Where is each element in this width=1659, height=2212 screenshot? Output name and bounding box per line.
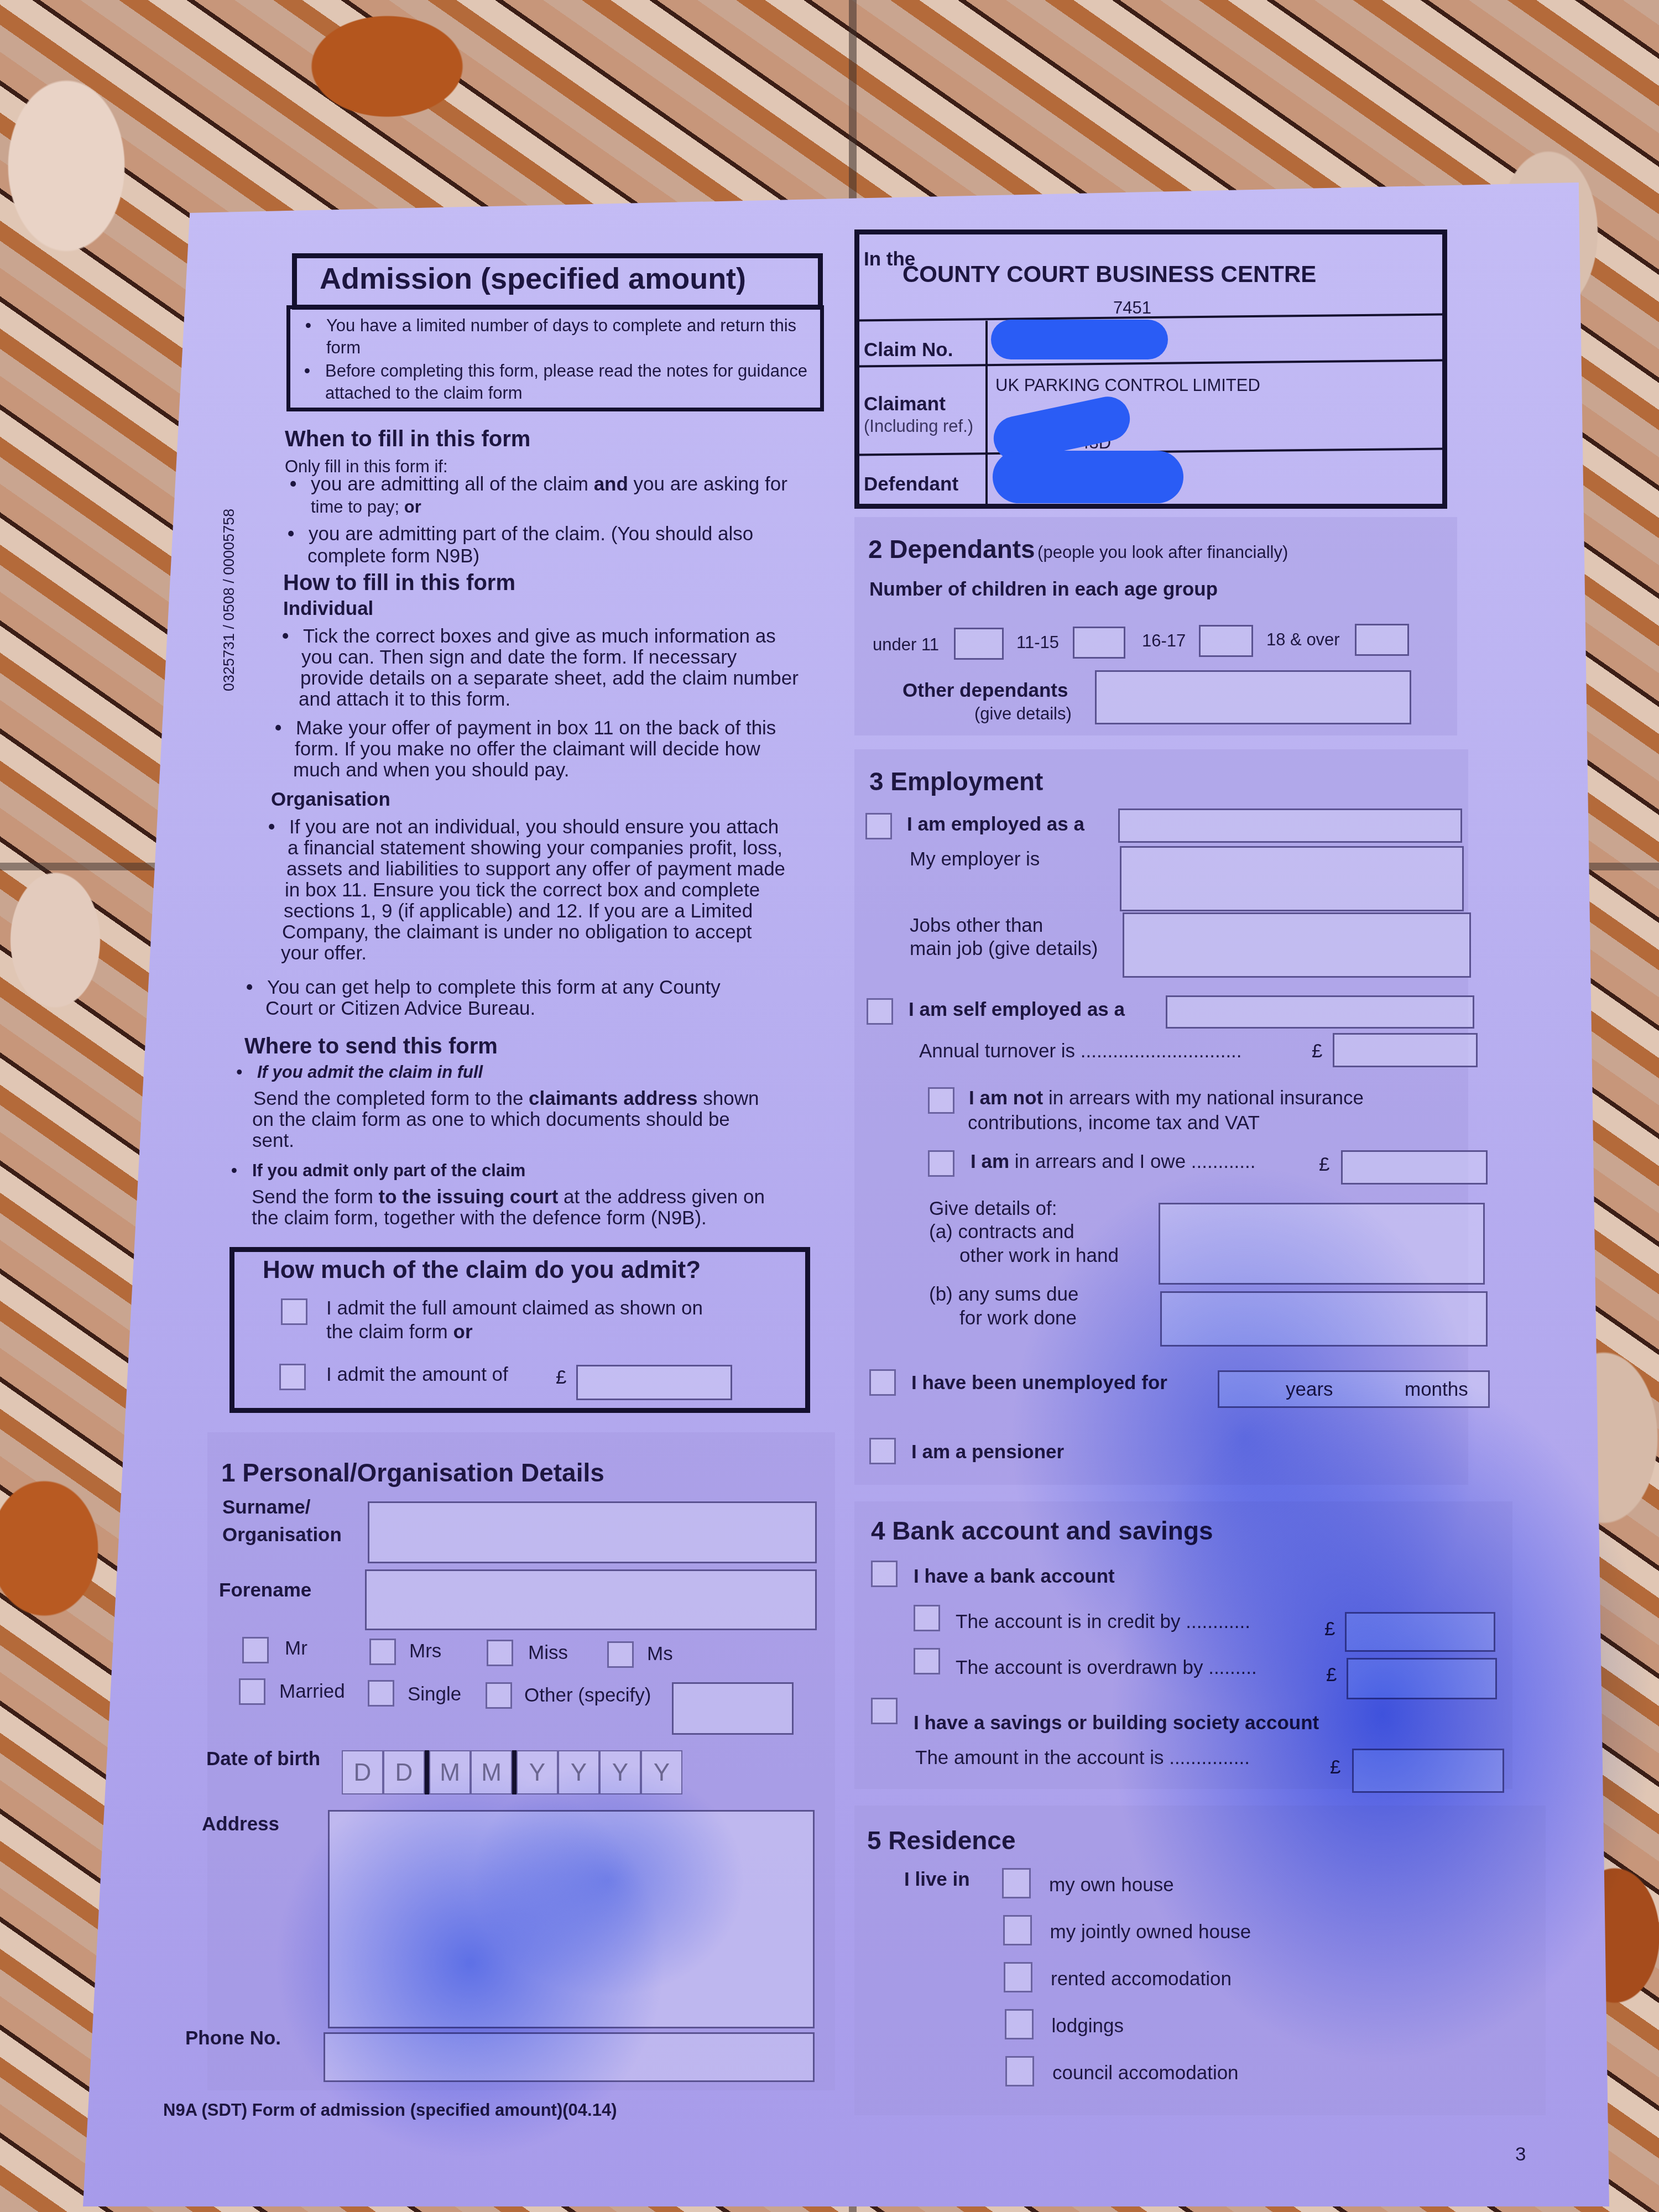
- pound-sign: £: [556, 1366, 566, 1390]
- claimant-value: UK PARKING CONTROL LIMITED: [995, 375, 1260, 396]
- age-11-15-input[interactable]: [1073, 627, 1125, 659]
- guidance-text: form. If you make no offer the claimant …: [295, 738, 760, 761]
- in-credit-input[interactable]: [1345, 1612, 1495, 1652]
- side-code: 0325731 / 0508 / 00005758: [220, 509, 238, 691]
- claimant-sublabel: (Including ref.): [864, 416, 973, 437]
- admit-full-label: the claim form or: [326, 1321, 473, 1344]
- title-miss-checkbox[interactable]: [487, 1640, 513, 1666]
- notice-text: form: [326, 337, 361, 358]
- self-employed-checkbox[interactable]: [867, 998, 893, 1025]
- employed-as-input[interactable]: [1118, 808, 1462, 843]
- when-heading: When to fill in this form: [285, 426, 530, 453]
- unemployed-checkbox[interactable]: [869, 1369, 896, 1396]
- title-mrs-label: Mrs: [409, 1640, 441, 1663]
- employer-input[interactable]: [1120, 846, 1464, 911]
- age-16-17-input[interactable]: [1199, 625, 1253, 657]
- title-miss-label: Miss: [528, 1641, 568, 1665]
- admit-full-label: I admit the full amount claimed as shown…: [326, 1297, 703, 1321]
- age-18-over-input[interactable]: [1355, 624, 1409, 656]
- other-jobs-label: Jobs other than: [910, 914, 1043, 938]
- in-credit-checkbox[interactable]: [914, 1605, 940, 1631]
- pound-sign: £: [1326, 1663, 1337, 1687]
- forename-input[interactable]: [365, 1569, 817, 1630]
- other-dependants-sublabel: (give details): [974, 703, 1072, 724]
- other-jobs-label: main job (give details): [910, 937, 1098, 961]
- arrears-label: I am in arrears and I owe ............: [971, 1150, 1256, 1174]
- status-married-label: Married: [279, 1680, 345, 1704]
- residence-option-label: my jointly owned house: [1050, 1921, 1251, 1944]
- status-single-checkbox[interactable]: [368, 1680, 394, 1707]
- dob-input[interactable]: DDMMYYYY: [342, 1750, 685, 1796]
- overdrawn-label: The account is overdrawn by .........: [956, 1656, 1257, 1680]
- admit-full-checkbox[interactable]: [281, 1298, 307, 1325]
- title-mrs-checkbox[interactable]: [369, 1639, 396, 1665]
- employed-label: I am employed as a: [907, 813, 1084, 837]
- defendant-label: Defendant: [864, 473, 958, 497]
- guidance-text: sections 1, 9 (if applicable) and 12. If…: [284, 900, 753, 924]
- form-page: Admission (specified amount) You have a …: [0, 0, 1659, 2212]
- live-in-label: I live in: [904, 1868, 970, 1892]
- individual-label: Individual: [283, 597, 373, 621]
- contracts-label: other work in hand: [959, 1244, 1119, 1268]
- age-16-17-label: 16-17: [1142, 630, 1186, 651]
- residence-option-checkbox[interactable]: [1005, 2009, 1034, 2039]
- not-arrears-checkbox[interactable]: [928, 1087, 954, 1114]
- section4-heading: 4 Bank account and savings: [871, 1515, 1213, 1546]
- other-dependants-input[interactable]: [1095, 670, 1411, 724]
- guidance-text: the claim form, together with the defenc…: [252, 1207, 707, 1230]
- section3-heading: 3 Employment: [869, 766, 1043, 797]
- savings-checkbox[interactable]: [871, 1698, 898, 1724]
- address-input[interactable]: [328, 1810, 815, 2028]
- status-other-label: Other (specify): [524, 1684, 651, 1708]
- guidance-text: complete form N9B): [307, 545, 479, 568]
- surname-input[interactable]: [368, 1501, 817, 1563]
- guidance-text: If you are not an individual, you should…: [289, 816, 779, 839]
- residence-option-checkbox[interactable]: [1002, 1868, 1031, 1898]
- guidance-text: you can. Then sign and date the form. If…: [301, 646, 737, 670]
- section2-note: (people you look after financially): [1037, 542, 1288, 562]
- admit-part-checkbox[interactable]: [279, 1364, 306, 1390]
- dob-label: Date of birth: [206, 1747, 320, 1771]
- age-under11-input[interactable]: [954, 628, 1004, 660]
- give-details-label: Give details of:: [929, 1197, 1057, 1221]
- guidance-text: you are admitting all of the claim and y…: [311, 473, 787, 497]
- pound-sign: £: [1319, 1153, 1329, 1177]
- section2-heading-row: 2 Dependants (people you look after fina…: [868, 534, 1288, 565]
- guidance-subheading: If you admit the claim in full: [257, 1062, 483, 1083]
- status-single-label: Single: [408, 1683, 461, 1707]
- form-title: Admission (specified amount): [320, 261, 746, 298]
- residence-option-checkbox[interactable]: [1004, 1962, 1032, 1992]
- address-label: Address: [202, 1813, 279, 1837]
- age-11-15-label: 11-15: [1016, 632, 1059, 653]
- guidance-text: your offer.: [281, 942, 367, 966]
- turnover-input[interactable]: [1333, 1033, 1478, 1067]
- notice-text: attached to the claim form: [325, 383, 523, 404]
- years-label: years: [1286, 1378, 1333, 1402]
- title-mr-checkbox[interactable]: [242, 1637, 269, 1663]
- age-18-over-label: 18 & over: [1266, 629, 1340, 650]
- residence-option-checkbox[interactable]: [1005, 2056, 1034, 2086]
- status-other-checkbox[interactable]: [486, 1682, 512, 1709]
- guidance-text: Make your offer of payment in box 11 on …: [296, 717, 776, 740]
- forename-label: Forename: [219, 1579, 311, 1603]
- notice-text: Before completing this form, please read…: [325, 361, 807, 382]
- employer-label: My employer is: [910, 848, 1040, 872]
- bank-account-label: I have a bank account: [914, 1565, 1115, 1589]
- guidance-text: Send the completed form to the claimants…: [253, 1087, 759, 1111]
- guidance-text: you are admitting part of the claim. (Yo…: [309, 523, 753, 546]
- section5-heading: 5 Residence: [867, 1825, 1015, 1856]
- surname-label: Surname/: [222, 1496, 311, 1520]
- contracts-label: (a) contracts and: [929, 1220, 1074, 1244]
- self-employed-input[interactable]: [1166, 995, 1474, 1029]
- guidance-text: on the claim form as one to which docume…: [252, 1108, 730, 1132]
- pensioner-label: I am a pensioner: [911, 1441, 1064, 1464]
- defendant-redaction: [993, 451, 1183, 503]
- pound-sign: £: [1312, 1040, 1322, 1063]
- bank-account-checkbox[interactable]: [871, 1561, 898, 1587]
- phone-input[interactable]: [324, 2032, 815, 2082]
- status-married-checkbox[interactable]: [239, 1678, 265, 1705]
- guidance-text: provide details on a separate sheet, add…: [300, 667, 799, 691]
- pensioner-checkbox[interactable]: [869, 1438, 896, 1464]
- guidance-text: assets and liabilities to support any of…: [286, 858, 785, 881]
- guidance-text: much and when you should pay.: [293, 759, 569, 782]
- admit-amount-input[interactable]: [576, 1365, 732, 1400]
- savings-amount-label: The amount in the account is ...........…: [915, 1746, 1250, 1770]
- age-under11-label: under 11: [873, 634, 939, 655]
- guidance-text: in box 11. Ensure you tick the correct b…: [285, 879, 760, 902]
- unemployed-label: I have been unemployed for: [911, 1371, 1167, 1395]
- savings-label: I have a savings or building society acc…: [914, 1712, 1319, 1735]
- section1-heading: 1 Personal/Organisation Details: [221, 1457, 604, 1488]
- arrears-amount-input[interactable]: [1341, 1150, 1488, 1185]
- residence-option-checkbox[interactable]: [1003, 1915, 1032, 1945]
- guidance-text: a financial statement showing your compa…: [288, 837, 782, 860]
- status-other-input[interactable]: [672, 1682, 794, 1735]
- savings-amount-input[interactable]: [1352, 1749, 1504, 1793]
- guidance-text: and attach it to this form.: [299, 688, 510, 712]
- guidance-subheading: If you admit only part of the claim: [252, 1160, 525, 1181]
- court-code: 7451: [1113, 298, 1151, 319]
- guidance-text: You can get help to complete this form a…: [267, 976, 721, 1000]
- months-label: months: [1405, 1378, 1468, 1402]
- admit-heading: How much of the claim do you admit?: [263, 1255, 701, 1285]
- admit-part-label: I admit the amount of: [326, 1363, 508, 1387]
- divider: [985, 321, 988, 506]
- dob-cell[interactable]: Y: [558, 1750, 599, 1794]
- residence-option-label: my own house: [1049, 1874, 1174, 1897]
- pound-sign: £: [1324, 1618, 1335, 1641]
- residence-option-label: lodgings: [1052, 2015, 1124, 2038]
- guidance-text: time to pay; or: [311, 497, 421, 518]
- employed-checkbox[interactable]: [865, 813, 892, 839]
- residence-options: my own housemy jointly owned houserented…: [1002, 1868, 1389, 2106]
- dob-cell[interactable]: D: [383, 1750, 425, 1794]
- not-arrears-label: I am not in arrears with my national ins…: [969, 1087, 1364, 1110]
- guidance-text: sent.: [252, 1129, 294, 1153]
- title-ms-label: Ms: [647, 1642, 673, 1666]
- residence-option-label: council accomodation: [1052, 2062, 1239, 2085]
- dob-cell[interactable]: Y: [517, 1750, 558, 1794]
- guidance-text: Tick the correct boxes and give as much …: [303, 625, 776, 649]
- phone-label: Phone No.: [185, 2027, 281, 2051]
- overdrawn-input[interactable]: [1347, 1658, 1497, 1699]
- residence-option-label: rented accomodation: [1051, 1968, 1232, 1991]
- organisation-label: Organisation: [271, 788, 390, 812]
- sums-due-input[interactable]: [1160, 1291, 1488, 1347]
- claim-no-redaction: [991, 320, 1168, 359]
- overdrawn-checkbox[interactable]: [914, 1648, 940, 1674]
- page-number: 3: [1515, 2143, 1526, 2167]
- children-label: Number of children in each age group: [869, 578, 1218, 602]
- contracts-input[interactable]: [1159, 1203, 1485, 1285]
- turnover-label: Annual turnover is .....................…: [919, 1040, 1242, 1063]
- dob-cell[interactable]: D: [342, 1750, 383, 1794]
- title-ms-checkbox[interactable]: [607, 1641, 634, 1668]
- how-heading: How to fill in this form: [283, 570, 515, 597]
- dob-separator: [512, 1750, 517, 1794]
- guidance-text: Court or Citizen Advice Bureau.: [265, 997, 535, 1021]
- in-credit-label: The account is in credit by ............: [956, 1610, 1250, 1634]
- notice-text: You have a limited number of days to com…: [326, 315, 796, 336]
- other-dependants-label: Other dependants: [902, 679, 1068, 703]
- pound-sign: £: [1330, 1756, 1340, 1780]
- claim-no-label: Claim No.: [864, 338, 953, 362]
- self-employed-label: I am self employed as a: [909, 998, 1125, 1022]
- sums-due-label: (b) any sums due: [929, 1283, 1078, 1307]
- form-reference: N9A (SDT) Form of admission (specified a…: [163, 2100, 617, 2121]
- guidance-text: Company, the claimant is under no obliga…: [282, 921, 752, 945]
- claimant-label: Claimant: [864, 393, 946, 416]
- section2-heading: 2 Dependants: [868, 535, 1035, 564]
- dob-cell[interactable]: M: [471, 1750, 512, 1794]
- dob-cell[interactable]: Y: [599, 1750, 641, 1794]
- court-name: COUNTY COURT BUSINESS CENTRE: [902, 260, 1316, 288]
- not-arrears-label: contributions, income tax and VAT: [968, 1112, 1260, 1135]
- where-heading: Where to send this form: [244, 1033, 498, 1060]
- title-mr-label: Mr: [285, 1637, 307, 1661]
- other-jobs-input[interactable]: [1123, 912, 1471, 978]
- sums-due-label: for work done: [959, 1307, 1077, 1331]
- arrears-checkbox[interactable]: [928, 1150, 954, 1177]
- dob-cell[interactable]: M: [429, 1750, 471, 1794]
- dob-cell[interactable]: Y: [641, 1750, 682, 1794]
- surname-label: Organisation: [222, 1524, 342, 1547]
- dob-separator: [425, 1750, 429, 1794]
- guidance-text: Send the form to the issuing court at th…: [252, 1186, 765, 1209]
